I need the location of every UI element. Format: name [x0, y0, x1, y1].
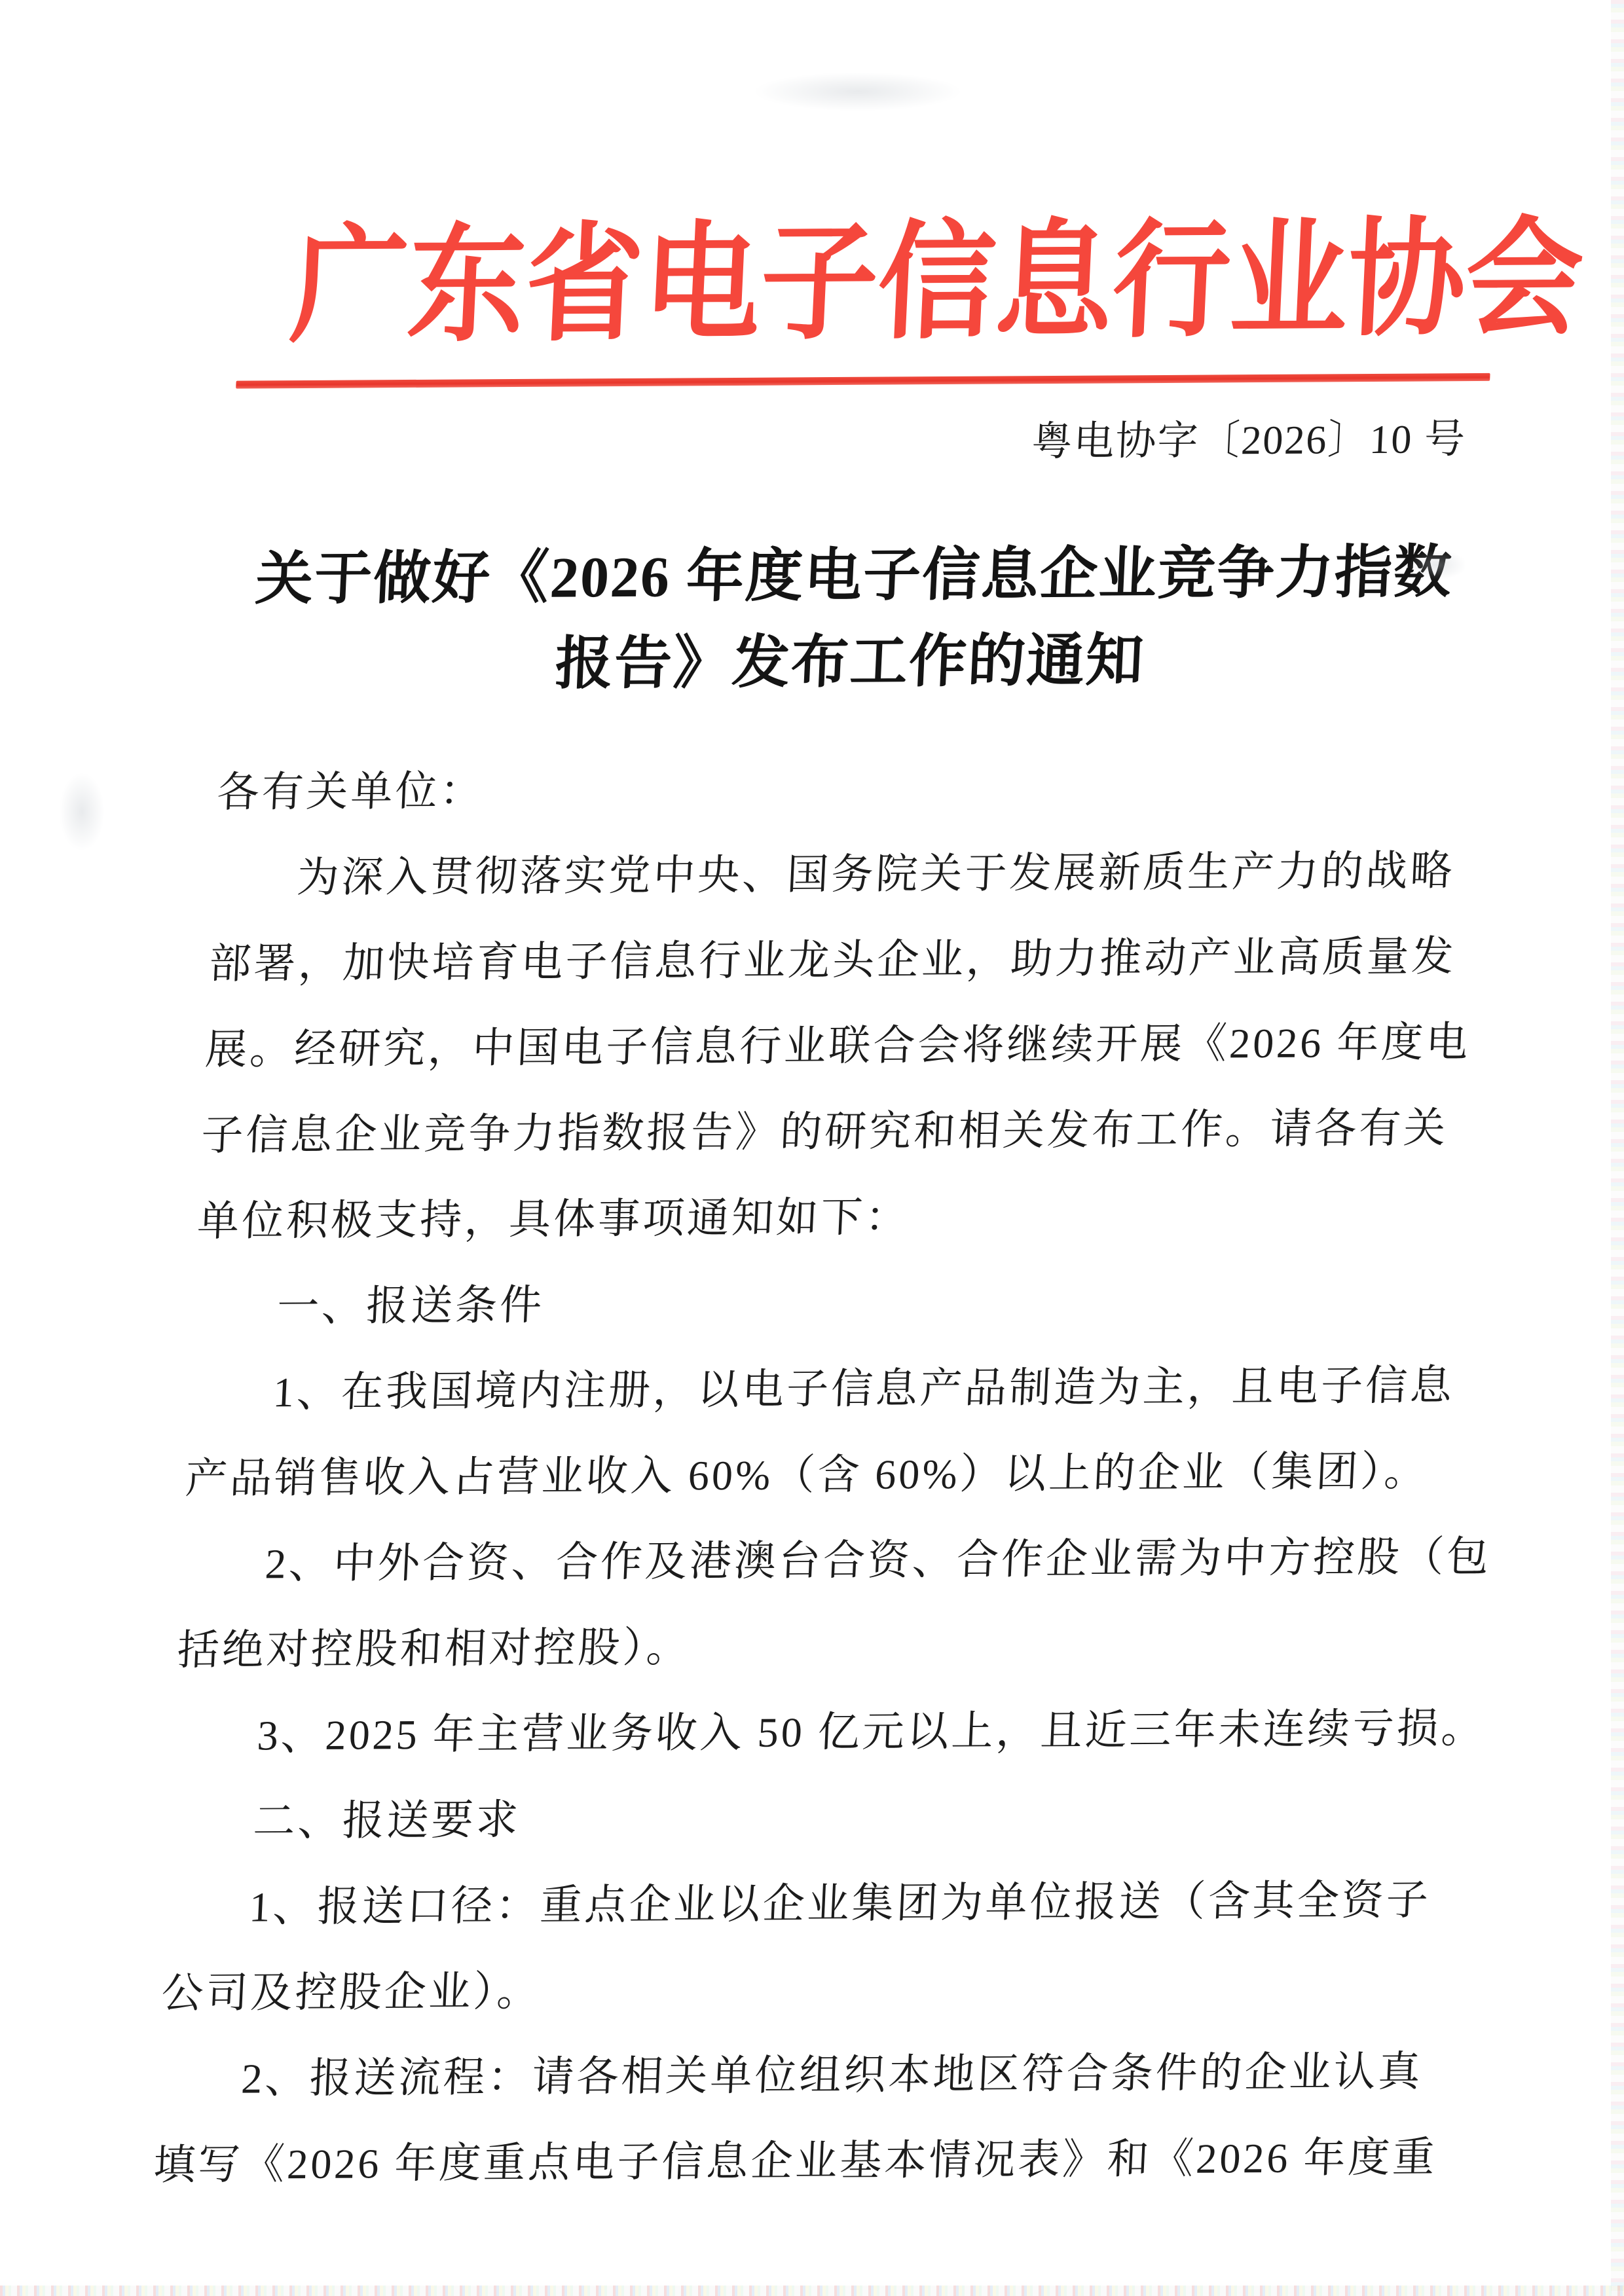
scan-smudge [753, 72, 963, 111]
doc-title-line2: 报告》发布工作的通知 [221, 616, 1479, 710]
scan-smudge [1408, 550, 1467, 580]
body-line: 为深入贯彻落实党中央、国务院关于发展新质生产力的战略 [211, 828, 1469, 921]
body-line: 2、报送流程：请各相关单位组织本地区符合条件的企业认真 [156, 2028, 1414, 2122]
scan-noise-bottom-edge [0, 2286, 1624, 2296]
body-line: 单位积极支持，具体事项通知如下： [195, 1171, 1453, 1264]
body-line: 1、在我国境内注册，以电子信息产品制造为主，且电子信息 [187, 1342, 1445, 1436]
body-line: 二、报送要求 [168, 1771, 1426, 1865]
body-line: 各有关单位： [215, 742, 1473, 835]
body-line: 填写《2026 年度重点电子信息企业基本情况表》和《2026 年度重 [152, 2114, 1410, 2208]
body-lines: 各有关单位：为深入贯彻落实党中央、国务院关于发展新质生产力的战略部署，加快培育电… [152, 742, 1473, 2208]
document-content: 广东省电子信息行业协会 粤电协字〔2026〕10 号 关于做好《2026 年度电… [152, 0, 1508, 2208]
body-line: 公司及控股企业）。 [160, 1942, 1418, 2036]
doc-title-line1: 关于做好《2026 年度电子信息企业竞争力指数 [225, 530, 1483, 624]
body-line: 子信息企业竞争力指数报告》的研究和相关发布工作。请各有关 [199, 1085, 1457, 1178]
body-line: 一、报送条件 [191, 1256, 1449, 1350]
scan-noise-right-edge [1611, 0, 1624, 2296]
red-divider-rule [236, 373, 1490, 389]
org-name-header: 广东省电子信息行业协会 [287, 0, 1458, 361]
body-line: 1、报送口径：重点企业以企业集团为单位报送（含其全资子 [164, 1857, 1422, 1950]
body-line: 括绝对控股和相对控股）。 [175, 1599, 1433, 1693]
document-page: 广东省电子信息行业协会 粤电协字〔2026〕10 号 关于做好《2026 年度电… [0, 0, 1624, 2296]
doc-number: 粤电协字〔2026〕10 号 [232, 415, 1488, 471]
body-line: 2、中外合资、合作及港澳台合资、合作企业需为中方控股（包 [179, 1514, 1437, 1607]
scan-smudge [59, 773, 105, 851]
body-line: 展。经研究，中国电子信息行业联合会将继续开展《2026 年度电 [203, 999, 1461, 1093]
doc-title: 关于做好《2026 年度电子信息企业竞争力指数 报告》发布工作的通知 [221, 530, 1483, 710]
body-line: 产品销售收入占营业收入 60%（含 60%）以上的企业（集团）。 [183, 1428, 1441, 1522]
body-line: 部署，加快培育电子信息行业龙头企业，助力推动产业高质量发 [207, 913, 1465, 1007]
body-line: 3、2025 年主营业务收入 50 亿元以上，且近三年未连续亏损。 [172, 1685, 1430, 1779]
